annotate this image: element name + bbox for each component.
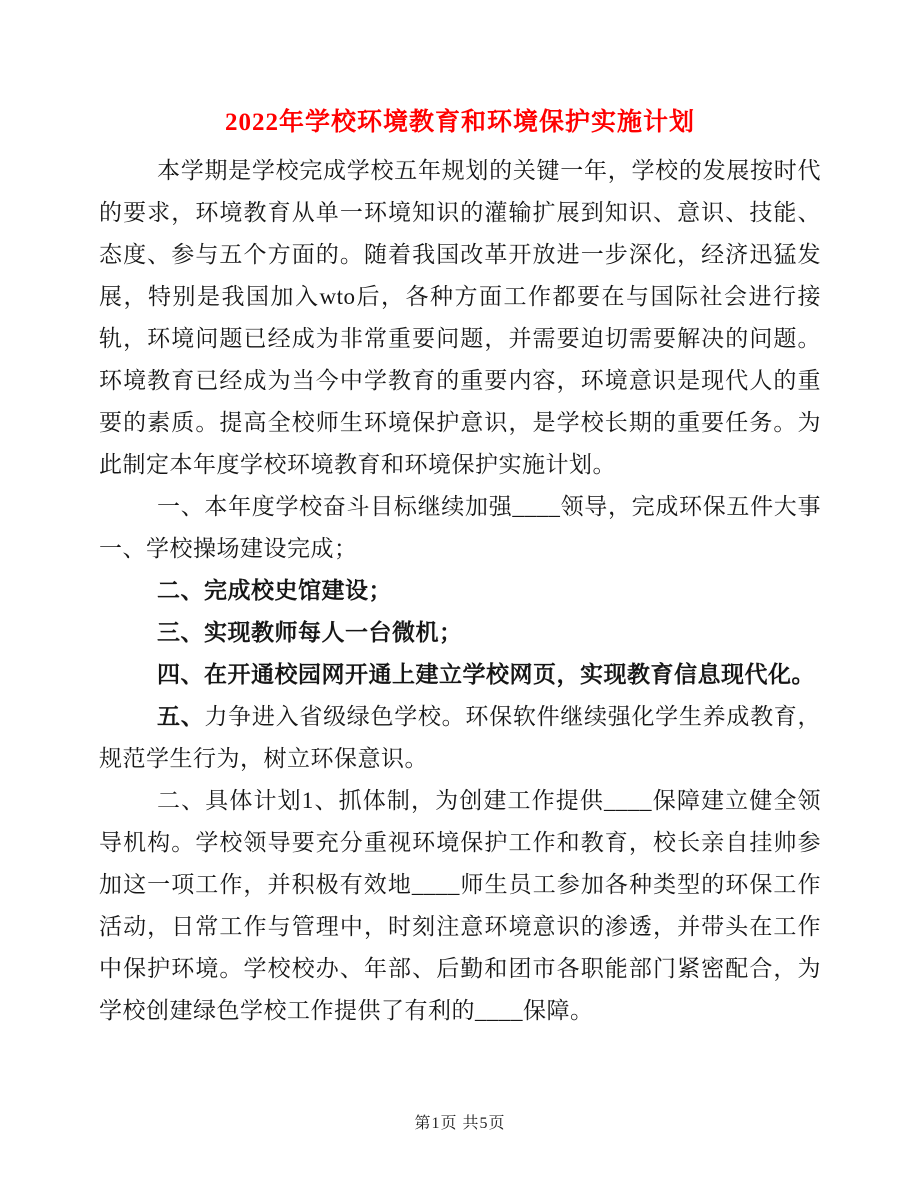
paragraph-goal-item-4: 四、在开通校园网开通上建立学校网页，实现教育信息现代化。	[99, 654, 821, 696]
paragraph-goal-item-5-body: 力争进入省级绿色学校。环保软件继续强化学生养成教育，规范学生行为，树立环保意识。	[99, 704, 821, 771]
paragraph-intro: 本学期是学校完成学校五年规划的关键一年，学校的发展按时代的要求，环境教育从单一环…	[99, 150, 821, 486]
paragraph-list: 本学期是学校完成学校五年规划的关键一年，学校的发展按时代的要求，环境教育从单一环…	[99, 150, 821, 1032]
paragraph-goal-item-1: 一、本年度学校奋斗目标继续加强____领导，完成环保五件大事一、学校操场建设完成…	[99, 486, 821, 570]
page-number-footer: 第1页 共5页	[0, 1112, 920, 1136]
paragraph-goal-item-2: 二、完成校史馆建设；	[99, 570, 821, 612]
paragraph-goal-item-3: 三、实现教师每人一台微机；	[99, 612, 821, 654]
paragraph-concrete-plan: 二、具体计划1、抓体制，为创建工作提供____保障建立健全领导机构。学校领导要充…	[99, 780, 821, 1032]
document-title: 2022年学校环境教育和环境保护实施计划	[99, 106, 821, 140]
document-body: 2022年学校环境教育和环境保护实施计划 本学期是学校完成学校五年规划的关键一年…	[99, 106, 821, 1032]
paragraph-goal-item-5: 五、力争进入省级绿色学校。环保软件继续强化学生养成教育，规范学生行为，树立环保意…	[99, 696, 821, 780]
paragraph-goal-item-5-lead: 五、	[157, 704, 204, 729]
document-page: 2022年学校环境教育和环境保护实施计划 本学期是学校完成学校五年规划的关键一年…	[0, 0, 920, 1191]
